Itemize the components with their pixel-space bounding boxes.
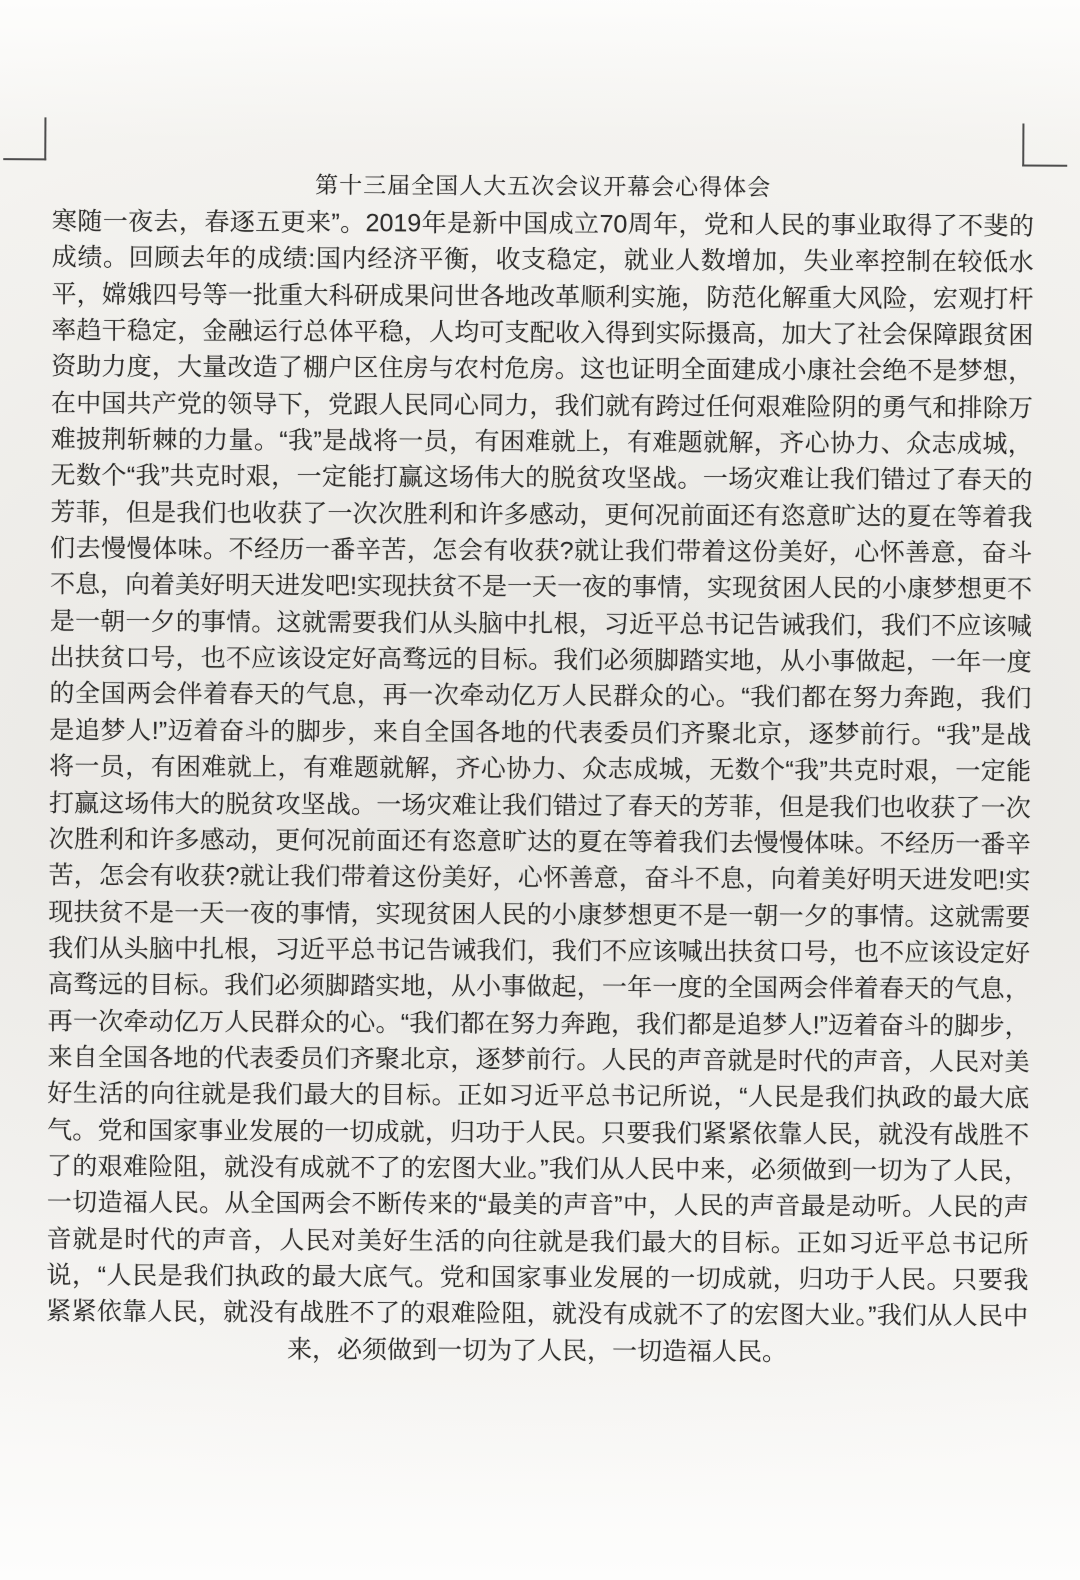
- body-line: 说，“人民是我们执政的最大底气。党和国家事业发展的一切成就，归功于人民。只要我们: [46, 1257, 1028, 1298]
- document-title: 第十三届全国人大五次会议开幕会心得体会: [52, 0, 1035, 209]
- body-line: 再一次牵动亿万人民群众的心。“我们都在努力奔跑，我们都是追梦人!”迈着奋斗的脚步…: [48, 1003, 1030, 1044]
- body-line: 是追梦人!”迈着奋斗的脚步，来自全国各地的代表委员们齐聚北京，逐梦前行。“我”是…: [49, 712, 1031, 753]
- text-boundary-corner-left-icon: [3, 117, 46, 160]
- body-line: 将一员，有困难就上，有难题就解，齐心协力、众志成城，无数个“我”共克时艰，一定能: [49, 749, 1031, 790]
- body-line: 的全国两会伴着春天的气息，再一次牵动亿万人民群众的心。“我们都在努力奔跑，我们都: [49, 676, 1031, 717]
- body-line: 出扶贫口号，也不应该设定好高骛远的目标。我们必须脚踏实地，从小事做起，一年一度: [50, 640, 1032, 681]
- document-page: 第十三届全国人大五次会议开幕会心得体会 寒随一夜去，春逐五更来”。2019年是新…: [0, 0, 1080, 1580]
- body-line: 一切造福人民。从全国两会不断传来的“最美的声音”中，人民的声音最是动听。人民的声: [47, 1185, 1029, 1226]
- body-line: 成绩。回顾去年的成绩:国内经济平衡，收支稳定，就业人数增加，失业率控制在较低水: [52, 240, 1034, 281]
- document-content: 第十三届全国人大五次会议开幕会心得体会 寒随一夜去，春逐五更来”。2019年是新…: [46, 0, 1035, 1372]
- body-line: 无数个“我”共克时艰，一定能打赢这场伟大的脱贫攻坚战。一场灾难让我们错过了春天的: [50, 458, 1032, 499]
- body-line: 高骛远的目标。我们必须脚踏实地，从小事做起，一年一度的全国两会伴着春天的气息，: [48, 967, 1030, 1008]
- body-line: 苦，怎会有收获?就让我们带着这份美好，心怀善意，奋斗不息，向着美好明天进发吧!实: [48, 858, 1030, 899]
- body-line: 率趋干稳定，金融运行总体平稳，人均可支配收入得到实际摄高，加大了社会保障跟贫困: [51, 312, 1033, 353]
- document-body: 寒随一夜去，春逐五更来”。2019年是新中国成立70周年，党和人民的事业取得了不…: [46, 203, 1034, 1371]
- body-line: 来，必须做到一切为了人民，一切造福人民。: [46, 1330, 1028, 1371]
- body-line: 芳菲，但是我们也收获了一次次胜利和许多感动，更何况前面还有恣意旷达的夏在等着我: [50, 494, 1032, 535]
- body-line: 平，嫦娥四号等一批重大科研成果问世各地改革顺利实施，防范化解重大风险，宏观打杆: [51, 276, 1033, 317]
- body-line: 来自全国各地的代表委员们齐聚北京，逐梦前行。人民的声音就是时代的声音，人民对美: [47, 1039, 1029, 1080]
- body-line: 次胜利和许多感动，更何况前面还有恣意旷达的夏在等着我们去慢慢体味。不经历一番辛: [49, 821, 1031, 862]
- body-line: 了的艰难险阻，就没有成就不了的宏图大业。”我们从人民中来，必须做到一切为了人民，: [47, 1148, 1029, 1189]
- body-line: 资助力度，大量改造了棚户区住房与农村危房。这也证明全面建成小康社会绝不是梦想，: [51, 349, 1033, 390]
- body-line: 紧紧依靠人民，就没有战胜不了的艰难险阻，就没有成就不了的宏图大业。”我们从人民中: [46, 1294, 1028, 1335]
- body-line: 寒随一夜去，春逐五更来”。2019年是新中国成立70周年，党和人民的事业取得了不…: [52, 203, 1034, 244]
- body-line: 现扶贫不是一天一夜的事情，实现贫困人民的小康梦想更不是一朝一夕的事情。这就需要: [48, 894, 1030, 935]
- body-line: 们去慢慢体味。不经历一番辛苦，怎会有收获?就让我们带着这份美好，心怀善意，奋斗: [50, 531, 1032, 572]
- body-line: 是一朝一夕的事情。这就需要我们从头脑中扎根，习近平总书记告诫我们，我们不应该喊: [50, 603, 1032, 644]
- body-line: 不息，向着美好明天进发吧!实现扶贫不是一天一夜的事情，实现贫困人民的小康梦想更不: [50, 567, 1032, 608]
- body-line: 难披荆斩棘的力量。“我”是战将一员，有困难就上，有难题就解，齐心协力、众志成城，: [51, 421, 1033, 462]
- body-line: 好生活的向往就是我们最大的目标。正如习近平总书记所说，“人民是我们执政的最大底: [47, 1076, 1029, 1117]
- body-line: 音就是时代的声音，人民对美好生活的向往就是我们最大的目标。正如习近平总书记所: [46, 1221, 1028, 1262]
- body-line: 打赢这场伟大的脱贫攻坚战。一场灾难让我们错过了春天的芳菲，但是我们也收获了一次: [49, 785, 1031, 826]
- photo-tilt-wrapper: 第十三届全国人大五次会议开幕会心得体会 寒随一夜去，春逐五更来”。2019年是新…: [0, 0, 1080, 1580]
- body-line: 在中国共产党的领导下，党跟人民同心同力，我们就有跨过任何艰难险阴的勇气和排除万: [51, 385, 1033, 426]
- body-line: 气。党和国家事业发展的一切成就，归功于人民。只要我们紧紧依靠人民，就没有战胜不: [47, 1112, 1029, 1153]
- body-line: 我们从头脑中扎根，习近平总书记告诫我们，我们不应该喊出扶贫口号，也不应该设定好: [48, 930, 1030, 971]
